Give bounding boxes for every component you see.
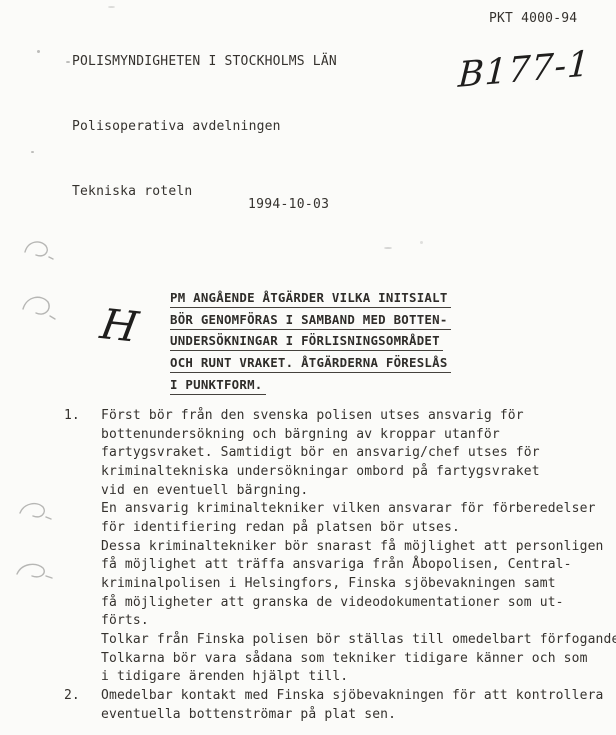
item-number: 1.	[64, 407, 80, 426]
item-text: Omedelbar kontakt med Finska sjöbevaknin…	[101, 687, 616, 724]
scan-speck	[420, 241, 423, 244]
scan-speck	[31, 151, 34, 153]
memo-title-line: I PUNKTFORM.	[170, 374, 451, 396]
org-name: POLISMYNDIGHETEN I STOCKHOLMS LÄN	[72, 51, 337, 73]
numbered-item-1: 1. Först bör från den svenska polisen ut…	[64, 407, 616, 687]
memo-title: PM ANGÅENDE ÅTGÄRDER VILKA INITSIALT BÖR…	[170, 287, 451, 395]
scan-speck	[37, 50, 40, 53]
memo-body: 1. Först bör från den svenska polisen ut…	[64, 407, 616, 724]
memo-title-line: BÖR GENOMFÖRAS I SAMBAND MED BOTTEN-	[170, 309, 451, 331]
memo-title-line: PM ANGÅENDE ÅTGÄRDER VILKA INITSIALT	[170, 287, 451, 309]
binder-ring-mark-icon	[20, 293, 58, 326]
binder-ring-mark-icon	[15, 560, 55, 586]
memo-title-line: OCH RUNT VRAKET. ÅTGÄRDERNA FÖRESLÅS	[170, 352, 451, 374]
memo-title-line: UNDERSÖKNINGAR I FÖRLISNINGSOMRÅDET	[170, 330, 451, 352]
scan-speck	[108, 6, 115, 8]
binder-ring-mark-icon	[18, 500, 54, 526]
document-date: 1994-10-03	[248, 197, 329, 212]
item-text: Först bör från den svenska polisen utses…	[101, 407, 616, 687]
numbered-item-2: 2. Omedelbar kontakt med Finska sjöbevak…	[64, 687, 616, 724]
item-number: 2.	[64, 687, 80, 706]
scanned-memo-page: POLISMYNDIGHETEN I STOCKHOLMS LÄN Poliso…	[0, 0, 616, 735]
handwritten-case-number: B177-1	[457, 44, 591, 96]
document-reference: PKT 4000-94	[489, 11, 577, 26]
org-department: Polisoperativa avdelningen	[72, 116, 337, 138]
scan-speck	[384, 247, 392, 249]
scan-speck	[66, 61, 70, 63]
handwritten-h-mark: H	[97, 299, 142, 351]
binder-ring-mark-icon	[22, 238, 56, 266]
